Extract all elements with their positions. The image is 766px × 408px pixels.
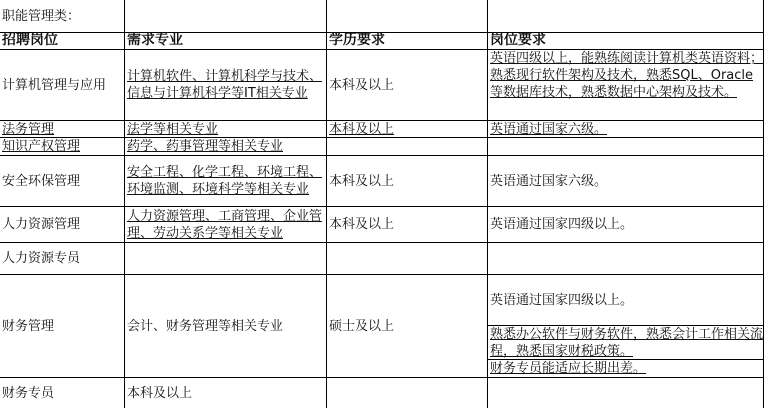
position-text: 财务管理 [2,318,54,335]
major-text: 安全工程、化学工程、环境工程、环境监测、环境科学等相关专业 [127,164,326,198]
education-text: 本科及以上 [329,173,394,190]
position-text: 计算机管理与应用 [2,77,106,94]
position-text: 人力资源管理 [2,216,80,233]
cell-education: 本科及以上 [327,207,487,242]
major-text: 法学等相关专业 [127,121,218,137]
cell-major: 安全工程、化学工程、环境工程、环境监测、环境科学等相关专业 [125,156,326,206]
major-text: 计算机软件、计算机科学与技术、信息与计算机科学等IT相关专业 [127,68,326,102]
cell-requirements: 熟悉办公软件与财务软件，熟悉会计工作相关流程，熟悉国家财税政策。 [488,326,763,359]
header-label: 学历要求 [329,32,385,49]
requirement-text: 熟悉办公软件与财务软件，熟悉会计工作相关流程，熟悉国家财税政策。 [490,326,763,359]
cell-position: 人力资源管理 [0,207,124,242]
cell-position: 人力资源专员 [0,243,124,274]
cell-position: 财务专员 [0,378,124,408]
cell-position: 财务管理 [0,275,124,377]
header-label: 招聘岗位 [2,32,58,49]
header-label: 需求专业 [127,32,183,49]
education-text: 硕士及以上 [329,318,394,335]
cell-major [125,243,326,274]
cell-position: 知识产权管理 [0,138,124,155]
cell-education: 本科及以上 [327,121,487,137]
major-text: 会计、财务管理等相关专业 [127,318,283,335]
header-label: 岗位要求 [490,32,546,49]
header-position: 招聘岗位 [0,32,124,49]
position-text: 法务管理 [2,121,54,137]
requirement-text: 英语通过国家六级。 [490,121,607,137]
major-text: 本科及以上 [127,385,192,402]
major-text: 人力资源管理、工商管理、企业管理、劳动关系学等相关专业 [127,208,326,242]
requirement-text: 财务专员能适应长期出差。 [490,360,646,377]
cell-requirements: 英语通过国家六级。 [488,156,763,206]
cell-requirements: 英语通过国家四级以上。 [488,207,763,242]
cell-education: 本科及以上 [327,156,487,206]
cell-requirements [488,243,763,274]
cell-major: 人力资源管理、工商管理、企业管理、劳动关系学等相关专业 [125,207,326,242]
cell-education: 硕士及以上 [327,275,487,377]
cell-major: 药学、药事管理等相关专业 [125,138,326,155]
position-text: 知识产权管理 [2,138,80,155]
cell-major: 法学等相关专业 [125,121,326,137]
position-text: 人力资源专员 [2,250,80,267]
cell-education [327,138,487,155]
major-text: 药学、药事管理等相关专业 [127,138,283,155]
cell-education [327,243,487,274]
section-title-text: 职能管理类： [2,8,80,25]
cell-major: 本科及以上 [125,378,326,408]
education-text: 本科及以上 [329,121,394,137]
header-requirements: 岗位要求 [488,32,763,49]
cell-major: 计算机软件、计算机科学与技术、信息与计算机科学等IT相关专业 [125,50,326,120]
section-title: 职能管理类： [0,0,124,32]
education-text: 本科及以上 [329,216,394,233]
cell-major: 会计、财务管理等相关专业 [125,275,326,377]
cell-requirements: 英语通过国家四级以上。 [488,275,763,325]
col-divider [763,0,764,408]
cell-requirements [488,138,763,155]
position-text: 财务专员 [2,385,54,402]
cell-education: 本科及以上 [327,50,487,120]
cell-requirements [488,378,763,408]
education-text: 本科及以上 [329,77,394,94]
cell-requirements: 财务专员能适应长期出差。 [488,360,763,377]
position-text: 安全环保管理 [2,173,80,190]
requirement-text: 英语通过国家四级以上。 [490,292,633,309]
cell-requirements: 英语四级以上，能熟练阅读计算机类英语资料；熟悉现行软件架构及技术，熟悉SQL、O… [488,50,763,120]
requirement-text: 英语通过国家四级以上。 [490,216,633,233]
cell-education [327,378,487,408]
header-education: 学历要求 [327,32,487,49]
cell-position: 安全环保管理 [0,156,124,206]
header-major: 需求专业 [125,32,326,49]
cell-position: 计算机管理与应用 [0,50,124,120]
requirement-text: 英语四级以上，能熟练阅读计算机类英语资料；熟悉现行软件架构及技术，熟悉SQL、O… [490,50,763,101]
cell-position: 法务管理 [0,121,124,137]
cell-requirements: 英语通过国家六级。 [488,121,763,137]
requirement-text: 英语通过国家六级。 [490,173,607,190]
